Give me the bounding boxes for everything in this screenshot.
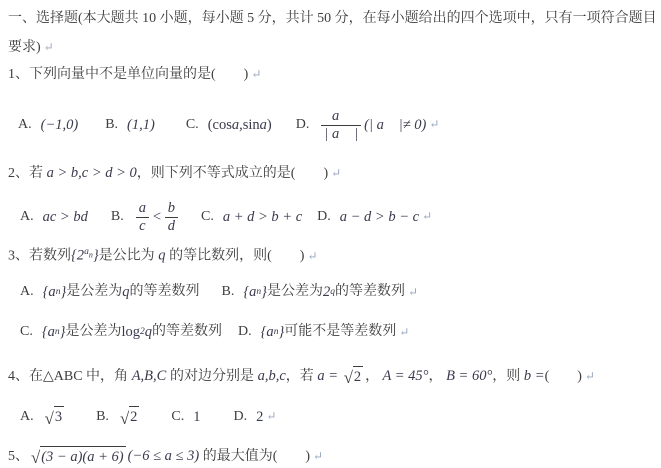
q1-option-c: C. (cosa,sina) <box>186 116 272 135</box>
option-label: C. <box>201 208 214 226</box>
q2-option-a: A. ac > bd <box>20 208 88 227</box>
radical-sign: √ <box>344 370 353 387</box>
option-label: A. <box>20 208 34 226</box>
option-content: 2↵ <box>256 408 276 427</box>
question-2-stem: 2、若 a > b,c > d > 0，则下列不等式成立的是( )↵ <box>8 164 341 183</box>
q4-option-a: A. √3 <box>20 406 66 427</box>
question-4-stem: 4、在△ABC 中，角 A,B,C 的对边分别是 a,b,c，若 a = √2，… <box>8 366 595 387</box>
option-label: A. <box>20 283 34 301</box>
option-label: C. <box>186 116 199 134</box>
radical-sign: √ <box>45 411 54 428</box>
option-content: ac > bd <box>43 208 88 227</box>
fraction: bd <box>165 200 178 234</box>
option-label: B. <box>111 208 124 226</box>
option-label: B. <box>96 408 109 426</box>
option-content: √3 <box>43 406 66 427</box>
q4-option-b: B. √2 <box>96 406 141 427</box>
q1-option-b: B. (1,1) <box>105 116 155 135</box>
q1-option-a: A. (−1,0) <box>18 116 78 135</box>
q2-option-c: C. a + d > b + c <box>201 208 302 227</box>
option-content: {an}是公差为 2q 的等差数列↵ <box>243 283 418 302</box>
option-content: {an}是公差为 q 的等差数列 <box>43 283 200 302</box>
option-label: D. <box>234 408 248 426</box>
question-4-options: A. √3 B. √2 C. 1 D. 2↵ <box>20 402 276 432</box>
square-root: √2 <box>344 366 363 387</box>
option-label: A. <box>20 408 34 426</box>
fraction: ac <box>136 200 149 234</box>
option-content: {an}可能不是等差数列↵ <box>261 323 410 342</box>
option-content: ac<bd <box>133 200 181 234</box>
q3-option-d: D. {an}可能不是等差数列↵ <box>238 323 409 342</box>
option-content: (cosa,sina) <box>208 116 272 135</box>
option-content: a⃗| a⃗ |(| a⃗ |≠ 0)↵ <box>318 108 439 142</box>
square-root: √3 <box>45 406 64 427</box>
question-3-stem: 3、若数列{2an}是公比为 q 的等比数列，则( )↵ <box>8 246 318 266</box>
square-root: √2 <box>120 406 139 427</box>
q4-option-c: C. 1 <box>171 408 200 427</box>
q3-option-b: B. {an}是公差为 2q 的等差数列↵ <box>222 283 419 302</box>
question-1-stem: 1、下列向量中不是单位向量的是( )↵ <box>8 66 261 84</box>
option-content: a − d > b − c↵ <box>340 208 432 227</box>
q3-option-a: A. {an}是公差为 q 的等差数列 <box>20 283 200 302</box>
q3-option-c: C. {an}是公差为 log2 q 的等差数列 <box>20 323 222 342</box>
option-label: B. <box>222 283 235 301</box>
q2-option-d: D. a − d > b − c↵ <box>317 208 432 227</box>
q1-option-d: D. a⃗| a⃗ |(| a⃗ |≠ 0)↵ <box>296 108 440 142</box>
question-3-options-row-2: C. {an}是公差为 log2 q 的等差数列 D. {an}可能不是等差数列… <box>20 323 409 342</box>
option-label: C. <box>20 323 33 341</box>
question-5-stem: 5、√(3 − a)(a + 6)(−6 ≤ a ≤ 3) 的最大值为( )↵ <box>8 446 323 467</box>
option-content: {an}是公差为 log2 q 的等差数列 <box>42 323 222 342</box>
option-content: a + d > b + c <box>223 208 302 227</box>
option-content: (1,1) <box>127 116 155 135</box>
question-3-options-row-1: A. {an}是公差为 q 的等差数列 B. {an}是公差为 2q 的等差数列… <box>20 283 418 302</box>
option-label: B. <box>105 116 118 134</box>
fraction: a⃗| a⃗ | <box>321 108 361 142</box>
option-label: C. <box>171 408 184 426</box>
question-1-options: A. (−1,0) B. (1,1) C. (cosa,sina) D. a⃗|… <box>18 94 439 156</box>
square-root: √(3 − a)(a + 6) <box>31 446 126 467</box>
header-line-2: 要求)↵ <box>8 39 54 57</box>
question-2-options: A. ac > bd B. ac<bd C. a + d > b + c D. … <box>20 196 432 238</box>
option-label: D. <box>296 116 310 134</box>
q4-option-d: D. 2↵ <box>234 408 277 427</box>
option-content: 1 <box>193 408 200 427</box>
option-label: A. <box>18 116 32 134</box>
header-line-1: 一、选择题(本大题共 10 小题，每小题 5 分，共计 50 分，在每小题给出的… <box>8 10 657 28</box>
q2-option-b: B. ac<bd <box>111 200 181 234</box>
document-page: 一、选择题(本大题共 10 小题，每小题 5 分，共计 50 分，在每小题给出的… <box>0 0 661 468</box>
radical-sign: √ <box>31 450 40 467</box>
radical-sign: √ <box>120 411 129 428</box>
option-content: (−1,0) <box>41 116 79 135</box>
option-label: D. <box>317 208 331 226</box>
option-content: √2 <box>118 406 141 427</box>
option-label: D. <box>238 323 252 341</box>
